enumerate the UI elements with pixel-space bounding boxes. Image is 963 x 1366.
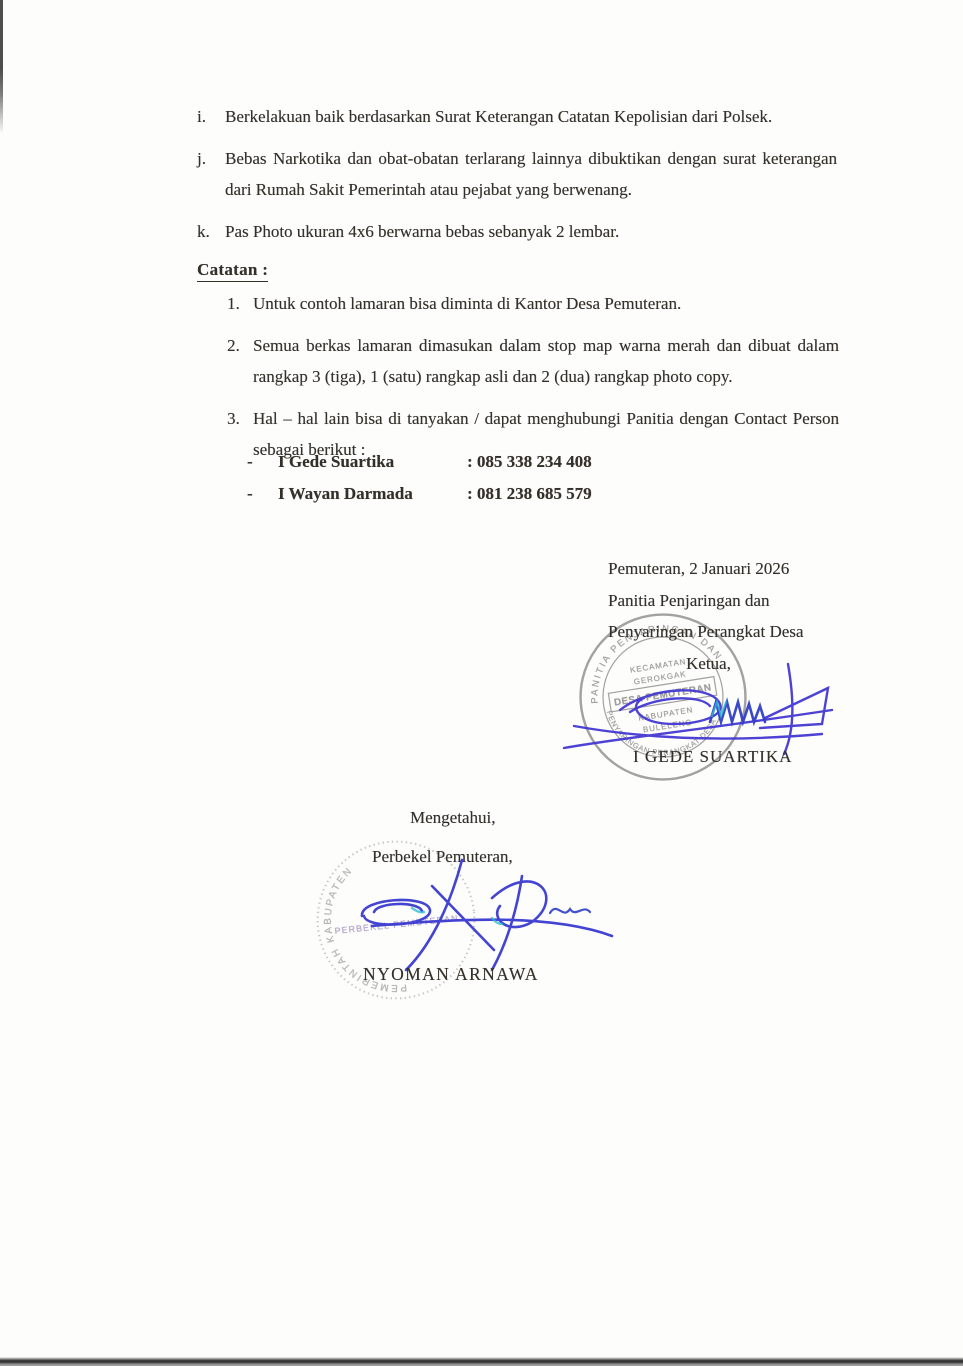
requirement-text: Bebas Narkotika dan obat-obatan terlaran… <box>225 143 837 205</box>
contact-row: - I Gede Suartika : 085 338 234 408 <box>247 446 667 478</box>
requirement-text: Berkelakuan baik berdasarkan Surat Keter… <box>225 101 837 132</box>
requirement-item-k: k. Pas Photo ukuran 4x6 berwarna bebas s… <box>197 216 837 247</box>
list-marker: j. <box>197 143 225 205</box>
dash-bullet: - <box>247 478 278 510</box>
contact-row: - I Wayan Darmada : 081 238 685 579 <box>247 478 667 510</box>
requirements-list: i. Berkelakuan baik berdasarkan Surat Ke… <box>197 101 837 258</box>
place-date: Pemuteran, 2 Januari 2026 <box>608 553 878 585</box>
contact-name: I Gede Suartika <box>278 446 467 478</box>
note-item-2: 2. Semua berkas lamaran dimasukan dalam … <box>227 330 839 392</box>
notes-heading-label: Catatan : <box>197 260 268 282</box>
note-text: Semua berkas lamaran dimasukan dalam sto… <box>253 330 839 392</box>
list-marker: k. <box>197 216 225 247</box>
perbekel-signature <box>342 856 630 974</box>
approval-signer-name: NYOMAN ARNAWA <box>363 964 539 985</box>
committee-signer-name: I GEDE SUARTIKA <box>633 747 792 767</box>
ketua-signature <box>560 648 852 760</box>
contact-person-list: - I Gede Suartika : 085 338 234 408 - I … <box>247 446 667 510</box>
scanned-document-page: i. Berkelakuan baik berdasarkan Surat Ke… <box>0 0 963 1366</box>
list-marker: 2. <box>227 330 253 392</box>
list-marker: i. <box>197 101 225 132</box>
note-item-1: 1. Untuk contoh lamaran bisa diminta di … <box>227 288 839 319</box>
requirement-item-i: i. Berkelakuan baik berdasarkan Surat Ke… <box>197 101 837 132</box>
requirement-item-j: j. Bebas Narkotika dan obat-obatan terla… <box>197 143 837 205</box>
scan-artifact-bottom-edge <box>0 1357 963 1366</box>
dash-bullet: - <box>247 446 278 478</box>
contact-name: I Wayan Darmada <box>278 478 467 510</box>
committee-org-line-1: Panitia Penjaringan dan <box>608 585 878 617</box>
committee-org-line-2: Penyaringan Perangkat Desa <box>608 616 878 648</box>
approval-line-mengetahui: Mengetahui, <box>410 808 495 828</box>
list-marker: 1. <box>227 288 253 319</box>
scan-artifact-left-edge <box>0 0 3 134</box>
contact-phone: : 081 238 685 579 <box>467 478 592 510</box>
notes-heading: Catatan : <box>197 260 268 280</box>
note-text: Untuk contoh lamaran bisa diminta di Kan… <box>253 288 839 319</box>
contact-phone: : 085 338 234 408 <box>467 446 592 478</box>
requirement-text: Pas Photo ukuran 4x6 berwarna bebas seba… <box>225 216 837 247</box>
